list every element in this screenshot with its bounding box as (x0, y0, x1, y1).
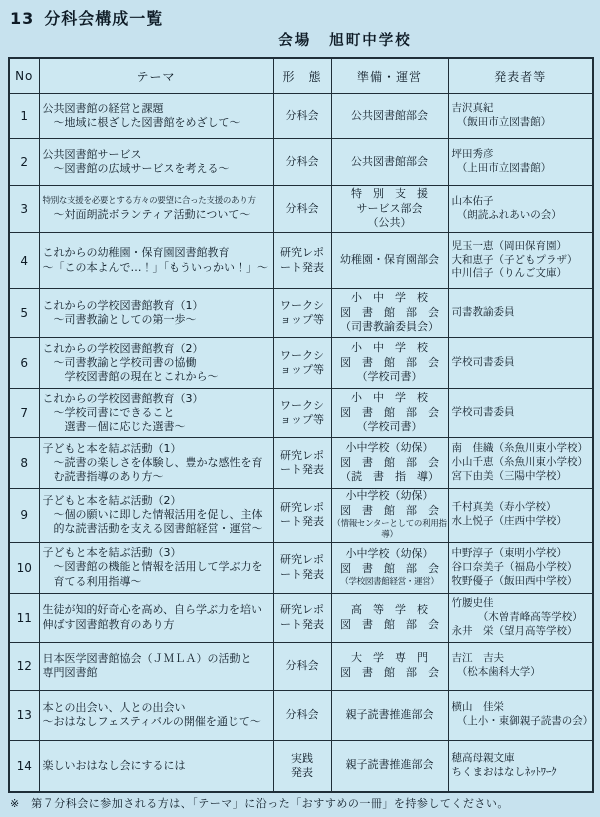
cell-presenters: 山本佑子 （朗読ふれあいの会） (448, 186, 593, 233)
cell-no-line: 5 (10, 306, 39, 320)
cell-org-line: 小 中 学 校 (332, 341, 448, 356)
cell-org-line: 親子読書推進部会 (332, 708, 448, 723)
cell-theme: 本との出会い、人との出会い～おはなしフェスティバルの開催を通じて～ (39, 690, 273, 740)
cell-org-line: 小中学校（幼保） (332, 441, 448, 456)
cell-org-line: 図 書 館 部 会 (332, 356, 448, 371)
cell-theme: これからの学校図書館教育（1） ～司書教諭としての第一歩～ (39, 289, 273, 338)
table-row: 12日本医学図書館協会（ＪＭＬＡ）の活動と専門図書館分科会大 学 専 門図 書 … (9, 642, 593, 690)
cell-no-line: 12 (10, 659, 39, 673)
cell-theme: これからの学校図書館教育（2） ～司書教諭と学校司書の協働 学校図書館の現在とこ… (39, 338, 273, 389)
cell-theme: 生徒が知的好奇心を高め、自ら学ぶ力を培い伸ばす図書館教育のあり方 (39, 593, 273, 642)
cell-format-line: 分科会 (274, 202, 331, 216)
cell-presenters: 穂高母親文庫ちくまおはなしﾈｯﾄﾜｰｸ (448, 740, 593, 792)
cell-format-line: 研究レポ (274, 553, 331, 567)
cell-no-line: 2 (10, 155, 39, 169)
cell-theme-line: ～司書教諭と学校司書の協働 (43, 356, 271, 370)
cell-org-line: 公共図書館部会 (332, 109, 448, 124)
cell-format: 研究レポート発表 (273, 233, 331, 289)
cell-format-line: ワークシ (274, 349, 331, 363)
cell-no: 4 (9, 233, 39, 289)
cell-theme-line: これからの学校図書館教育（1） (43, 299, 271, 313)
cell-org-line: 公共図書館部会 (332, 155, 448, 170)
cell-theme-line: 伸ばす図書館教育のあり方 (43, 618, 271, 632)
cell-theme-line: ～学校司書にできること (43, 406, 271, 420)
cell-no: 6 (9, 338, 39, 389)
cell-format: 研究レポート発表 (273, 542, 331, 593)
cell-no-line: 10 (10, 561, 39, 575)
cell-no: 7 (9, 389, 39, 438)
cell-org: 小 中 学 校図 書 館 部 会（学校司書） (331, 389, 448, 438)
cell-presenters-line: 横山 佳栄 (452, 701, 592, 715)
cell-org: 特 別 支 援サービス部会（公共） (331, 186, 448, 233)
cell-theme: 公共図書館サービス ～図書館の広域サービスを考える～ (39, 139, 273, 186)
cell-presenters: 中野淳子（東明小学校）谷口奈美子（福島小学校）牧野優子（飯田西中学校） (448, 542, 593, 593)
cell-presenters-line: 永井 栄（望月高等学校） (452, 625, 592, 639)
table-row: 10子どもと本を結ぶ活動（3） ～図書館の機能と情報を活用して学ぶ力を 育てる利… (9, 542, 593, 593)
cell-theme-line: 選書－個に応じた選書～ (43, 420, 271, 434)
table-row: 8子どもと本を結ぶ活動（1） ～読書の楽しさを体験し、豊かな感性を育 む読書指導… (9, 438, 593, 489)
cell-org-line: 小 中 学 校 (332, 391, 448, 406)
cell-org: 公共図書館部会 (331, 139, 448, 186)
cell-org-line: （学校司書） (332, 420, 448, 435)
header-presenters: 発表者等 (448, 58, 593, 94)
table-row: 14楽しいおはなし会にするには実践発表親子読書推進部会穂高母親文庫ちくまおはなし… (9, 740, 593, 792)
cell-theme-line: 本との出会い、人との出会い (43, 701, 271, 715)
cell-format: 分科会 (273, 186, 331, 233)
cell-format: 研究レポート発表 (273, 438, 331, 489)
cell-format-line: ート発表 (274, 618, 331, 632)
cell-org-line: 小中学校（幼保） (332, 489, 448, 504)
cell-org: 大 学 専 門図 書 館 部 会 (331, 642, 448, 690)
table-row: 4これからの幼稚園・保育園図書館教育～「この本よんで…！」「もういっかい！」～研… (9, 233, 593, 289)
cell-theme: 日本医学図書館協会（ＪＭＬＡ）の活動と専門図書館 (39, 642, 273, 690)
cell-org: 小中学校（幼保）図 書 館 部 会（情報センターとしての利用指導） (331, 489, 448, 543)
cell-org: 親子読書推進部会 (331, 740, 448, 792)
cell-org-line: 高 等 学 校 (332, 603, 448, 618)
cell-presenters-line: 牧野優子（飯田西中学校） (452, 575, 592, 589)
cell-presenters-line: 中野淳子（東明小学校） (452, 547, 592, 561)
cell-format-line: 研究レポ (274, 246, 331, 260)
cell-org-line: （読 書 指 導） (332, 470, 448, 485)
cell-theme: これからの幼稚園・保育園図書館教育～「この本よんで…！」「もういっかい！」～ (39, 233, 273, 289)
table-row: 9子どもと本を結ぶ活動（2） ～個の願いに即した情報活用を促し、主体 的な読書活… (9, 489, 593, 543)
cell-presenters: 坪田秀彦 （上田市立図書館） (448, 139, 593, 186)
session-table: No テーマ 形 態 準備・運営 発表者等 1公共図書館の経営と課題 ～地域に根… (8, 57, 594, 793)
cell-org-line: サービス部会 (332, 202, 448, 217)
cell-org: 高 等 学 校図 書 館 部 会 (331, 593, 448, 642)
cell-presenters-line: （木曽青峰高等学校） (452, 611, 592, 625)
cell-format-line: ョップ等 (274, 313, 331, 327)
cell-no-line: 6 (10, 356, 39, 370)
cell-theme: 公共図書館の経営と課題 ～地域に根ざした図書館をめざして～ (39, 94, 273, 139)
cell-theme-line: これからの学校図書館教育（2） (43, 342, 271, 356)
cell-presenters: 児玉一恵（岡田保育園）大和恵子（子どもプラザ）中川信子（りんご文庫） (448, 233, 593, 289)
cell-theme-line: 専門図書館 (43, 666, 271, 680)
cell-no: 14 (9, 740, 39, 792)
cell-no: 13 (9, 690, 39, 740)
cell-no: 9 (9, 489, 39, 543)
cell-format-line: ワークシ (274, 399, 331, 413)
cell-presenters: 学校司書委員 (448, 389, 593, 438)
cell-presenters-line: 谷口奈美子（福島小学校） (452, 561, 592, 575)
page-title: 13分科会構成一覧 (10, 6, 163, 29)
cell-presenters-line: 南 佳織（糸魚川東小学校） (452, 442, 592, 456)
cell-presenters-line: 千村真美（寿小学校） (452, 501, 592, 515)
header-org: 準備・運営 (331, 58, 448, 94)
cell-presenters: 南 佳織（糸魚川東小学校）小山千恵（糸魚川東小学校）宮下由美（三陽中学校） (448, 438, 593, 489)
cell-no: 2 (9, 139, 39, 186)
cell-presenters: 千村真美（寿小学校）水上悦子（庄西中学校） (448, 489, 593, 543)
cell-no: 8 (9, 438, 39, 489)
cell-presenters-line: 小山千恵（糸魚川東小学校） (452, 456, 592, 470)
cell-presenters: 学校司書委員 (448, 338, 593, 389)
cell-format: 分科会 (273, 94, 331, 139)
venue-name: 旭町中学校 (329, 33, 412, 49)
cell-presenters-line: 中川信子（りんご文庫） (452, 267, 592, 281)
cell-theme: 特別な支援を必要とする方々の要望に合った支援のあり方 ～対面朗読ボランティア活動… (39, 186, 273, 233)
cell-format-line: ート発表 (274, 261, 331, 275)
cell-org: 小 中 学 校図 書 館 部 会（学校司書） (331, 338, 448, 389)
cell-presenters-line: （松本歯科大学） (452, 666, 592, 680)
table-row: 6これからの学校図書館教育（2） ～司書教諭と学校司書の協働 学校図書館の現在と… (9, 338, 593, 389)
cell-theme-line: これからの幼稚園・保育園図書館教育 (43, 246, 271, 260)
cell-presenters-line: 司書教諭委員 (452, 306, 592, 320)
cell-format-line: ート発表 (274, 515, 331, 529)
footnote: ※ 第７分科会に参加される方は、「テーマ」に沿った「おすすめの一冊」を持参してく… (10, 795, 509, 811)
cell-format: 分科会 (273, 690, 331, 740)
table-row: 11生徒が知的好奇心を高め、自ら学ぶ力を培い伸ばす図書館教育のあり方研究レポート… (9, 593, 593, 642)
cell-org-line: 図 書 館 部 会 (332, 406, 448, 421)
cell-presenters-line: 吉沢真紀 (452, 102, 592, 116)
cell-theme-line: 的な読書活動を支える図書館経営・運営～ (43, 522, 271, 536)
cell-no: 5 (9, 289, 39, 338)
cell-format-line: ート発表 (274, 463, 331, 477)
header-theme: テーマ (39, 58, 273, 94)
cell-theme-line: 生徒が知的好奇心を高め、自ら学ぶ力を培い (43, 603, 271, 617)
cell-theme-line: これからの学校図書館教育（3） (43, 392, 271, 406)
cell-format-line: 発表 (274, 766, 331, 780)
table-header-row: No テーマ 形 態 準備・運営 発表者等 (9, 58, 593, 94)
cell-format: ワークショップ等 (273, 389, 331, 438)
cell-format-line: 実践 (274, 752, 331, 766)
cell-theme-line: 楽しいおはなし会にするには (43, 759, 271, 773)
header-format: 形 態 (273, 58, 331, 94)
cell-format-line: 分科会 (274, 109, 331, 123)
cell-no: 12 (9, 642, 39, 690)
cell-presenters: 司書教諭委員 (448, 289, 593, 338)
cell-theme-line: ～「この本よんで…！」「もういっかい！」～ (43, 261, 271, 275)
cell-format-line: 研究レポ (274, 449, 331, 463)
cell-format-line: ワークシ (274, 299, 331, 313)
cell-theme-line: 子どもと本を結ぶ活動（3） (43, 546, 271, 560)
cell-format-line: 研究レポ (274, 603, 331, 617)
cell-format: 分科会 (273, 642, 331, 690)
venue: 会場旭町中学校 (0, 29, 600, 50)
cell-presenters-line: ちくまおはなしﾈｯﾄﾜｰｸ (452, 766, 592, 780)
cell-theme: 子どもと本を結ぶ活動（2） ～個の願いに即した情報活用を促し、主体 的な読書活動… (39, 489, 273, 543)
cell-org-line: 幼稚園・保育園部会 (332, 253, 448, 268)
cell-org-line: 図 書 館 部 会 (332, 504, 448, 519)
cell-format: 分科会 (273, 139, 331, 186)
cell-no-line: 1 (10, 109, 39, 123)
cell-theme-line: ～対面朗読ボランティア活動について～ (43, 208, 271, 222)
cell-format: ワークショップ等 (273, 338, 331, 389)
cell-format-line: 分科会 (274, 155, 331, 169)
cell-theme: 子どもと本を結ぶ活動（1） ～読書の楽しさを体験し、豊かな感性を育 む読書指導の… (39, 438, 273, 489)
cell-no: 10 (9, 542, 39, 593)
table-row: 3特別な支援を必要とする方々の要望に合った支援のあり方 ～対面朗読ボランティア活… (9, 186, 593, 233)
cell-theme-line: 特別な支援を必要とする方々の要望に合った支援のあり方 (43, 196, 271, 207)
cell-theme-line: 育てる利用指導～ (43, 575, 271, 589)
cell-presenters-line: 児玉一恵（岡田保育園） (452, 240, 592, 254)
cell-theme-line: む読書指導のあり方～ (43, 470, 271, 484)
cell-org: 幼稚園・保育園部会 (331, 233, 448, 289)
cell-org-line: （司書教諭委員会） (332, 320, 448, 335)
cell-presenters-line: 山本佑子 (452, 195, 592, 209)
header-no: No (9, 58, 39, 94)
cell-presenters: 吉江 吉夫 （松本歯科大学） (448, 642, 593, 690)
cell-no-line: 3 (10, 202, 39, 216)
cell-theme-line: 日本医学図書館協会（ＪＭＬＡ）の活動と (43, 652, 271, 666)
cell-theme: 楽しいおはなし会にするには (39, 740, 273, 792)
cell-org-line: 大 学 専 門 (332, 651, 448, 666)
cell-theme: これからの学校図書館教育（3） ～学校司書にできること 選書－個に応じた選書～ (39, 389, 273, 438)
cell-org-line: 図 書 館 部 会 (332, 618, 448, 633)
cell-theme-line: ～地域に根ざした図書館をめざして～ (43, 116, 271, 130)
cell-org-line: 図 書 館 部 会 (332, 562, 448, 577)
cell-org-line: 図 書 館 部 会 (332, 456, 448, 471)
cell-no: 11 (9, 593, 39, 642)
table-row: 1公共図書館の経営と課題 ～地域に根ざした図書館をめざして～分科会公共図書館部会… (9, 94, 593, 139)
page-title-number: 13 (10, 9, 34, 28)
cell-presenters-line: 坪田秀彦 (452, 148, 592, 162)
cell-no-line: 13 (10, 708, 39, 722)
cell-format-line: ョップ等 (274, 363, 331, 377)
cell-no-line: 11 (10, 611, 39, 625)
cell-no-line: 14 (10, 759, 39, 773)
cell-theme-line: 子どもと本を結ぶ活動（2） (43, 494, 271, 508)
cell-org: 公共図書館部会 (331, 94, 448, 139)
cell-format-line: 分科会 (274, 708, 331, 722)
cell-presenters-line: （上小・東御親子読書の会） (452, 715, 592, 729)
cell-format: ワークショップ等 (273, 289, 331, 338)
cell-format-line: ョップ等 (274, 413, 331, 427)
cell-presenters-line: 大和恵子（子どもプラザ） (452, 254, 592, 268)
cell-format: 研究レポート発表 (273, 489, 331, 543)
cell-org: 小中学校（幼保）図 書 館 部 会（学校図書館経営・運営） (331, 542, 448, 593)
cell-theme-line: ～図書館の広域サービスを考える～ (43, 162, 271, 176)
cell-theme: 子どもと本を結ぶ活動（3） ～図書館の機能と情報を活用して学ぶ力を 育てる利用指… (39, 542, 273, 593)
cell-org: 小中学校（幼保）図 書 館 部 会（読 書 指 導） (331, 438, 448, 489)
cell-org-line: 小中学校（幼保） (332, 547, 448, 562)
cell-presenters: 横山 佳栄 （上小・東御親子読書の会） (448, 690, 593, 740)
table-row: 5これからの学校図書館教育（1） ～司書教諭としての第一歩～ワークショップ等小 … (9, 289, 593, 338)
cell-theme-line: ～個の願いに即した情報活用を促し、主体 (43, 508, 271, 522)
cell-no-line: 8 (10, 456, 39, 470)
cell-presenters-line: 吉江 吉夫 (452, 652, 592, 666)
cell-no-line: 9 (10, 508, 39, 522)
cell-theme-line: 学校図書館の現在とこれから～ (43, 370, 271, 384)
cell-theme-line: 子どもと本を結ぶ活動（1） (43, 442, 271, 456)
page-title-text: 分科会構成一覧 (44, 9, 163, 28)
cell-presenters-line: 穂高母親文庫 (452, 752, 592, 766)
cell-org: 小 中 学 校図 書 館 部 会（司書教諭委員会） (331, 289, 448, 338)
cell-format-line: 分科会 (274, 659, 331, 673)
cell-org-line: 親子読書推進部会 (332, 758, 448, 773)
cell-format: 実践発表 (273, 740, 331, 792)
cell-org-line: 小 中 学 校 (332, 291, 448, 306)
cell-no-line: 7 (10, 406, 39, 420)
cell-theme-line: ～おはなしフェスティバルの開催を通じて～ (43, 715, 271, 729)
cell-theme-line: ～読書の楽しさを体験し、豊かな感性を育 (43, 456, 271, 470)
cell-presenters-line: 学校司書委員 (452, 406, 592, 420)
table-row: 7これからの学校図書館教育（3） ～学校司書にできること 選書－個に応じた選書～… (9, 389, 593, 438)
cell-org-line: （情報センターとしての利用指導） (332, 519, 448, 542)
cell-presenters-line: （上田市立図書館） (452, 162, 592, 176)
cell-presenters-line: 宮下由美（三陽中学校） (452, 470, 592, 484)
cell-org-line: 特 別 支 援 (332, 187, 448, 202)
cell-no-line: 4 (10, 254, 39, 268)
cell-presenters-line: 竹腰史佳 (452, 597, 592, 611)
cell-org-line: （公共） (332, 216, 448, 231)
cell-theme-line: ～司書教諭としての第一歩～ (43, 313, 271, 327)
cell-theme-line: 公共図書館の経営と課題 (43, 102, 271, 116)
cell-org: 親子読書推進部会 (331, 690, 448, 740)
cell-no: 3 (9, 186, 39, 233)
venue-label: 会場 (278, 33, 311, 49)
cell-presenters-line: （朗読ふれあいの会） (452, 209, 592, 223)
cell-presenters-line: （飯田市立図書館） (452, 116, 592, 130)
cell-org-line: 図 書 館 部 会 (332, 306, 448, 321)
cell-org-line: （学校図書館経営・運営） (332, 577, 448, 588)
cell-org-line: 図 書 館 部 会 (332, 666, 448, 681)
cell-format: 研究レポート発表 (273, 593, 331, 642)
cell-no: 1 (9, 94, 39, 139)
cell-presenters-line: 水上悦子（庄西中学校） (452, 515, 592, 529)
table-row: 2公共図書館サービス ～図書館の広域サービスを考える～分科会公共図書館部会坪田秀… (9, 139, 593, 186)
cell-format-line: ート発表 (274, 568, 331, 582)
cell-theme-line: 公共図書館サービス (43, 148, 271, 162)
cell-theme-line: ～図書館の機能と情報を活用して学ぶ力を (43, 560, 271, 574)
cell-format-line: 研究レポ (274, 501, 331, 515)
cell-presenters: 吉沢真紀 （飯田市立図書館） (448, 94, 593, 139)
cell-org-line: （学校司書） (332, 370, 448, 385)
table-row: 13本との出会い、人との出会い～おはなしフェスティバルの開催を通じて～分科会親子… (9, 690, 593, 740)
cell-presenters: 竹腰史佳 （木曽青峰高等学校）永井 栄（望月高等学校） (448, 593, 593, 642)
cell-presenters-line: 学校司書委員 (452, 356, 592, 370)
